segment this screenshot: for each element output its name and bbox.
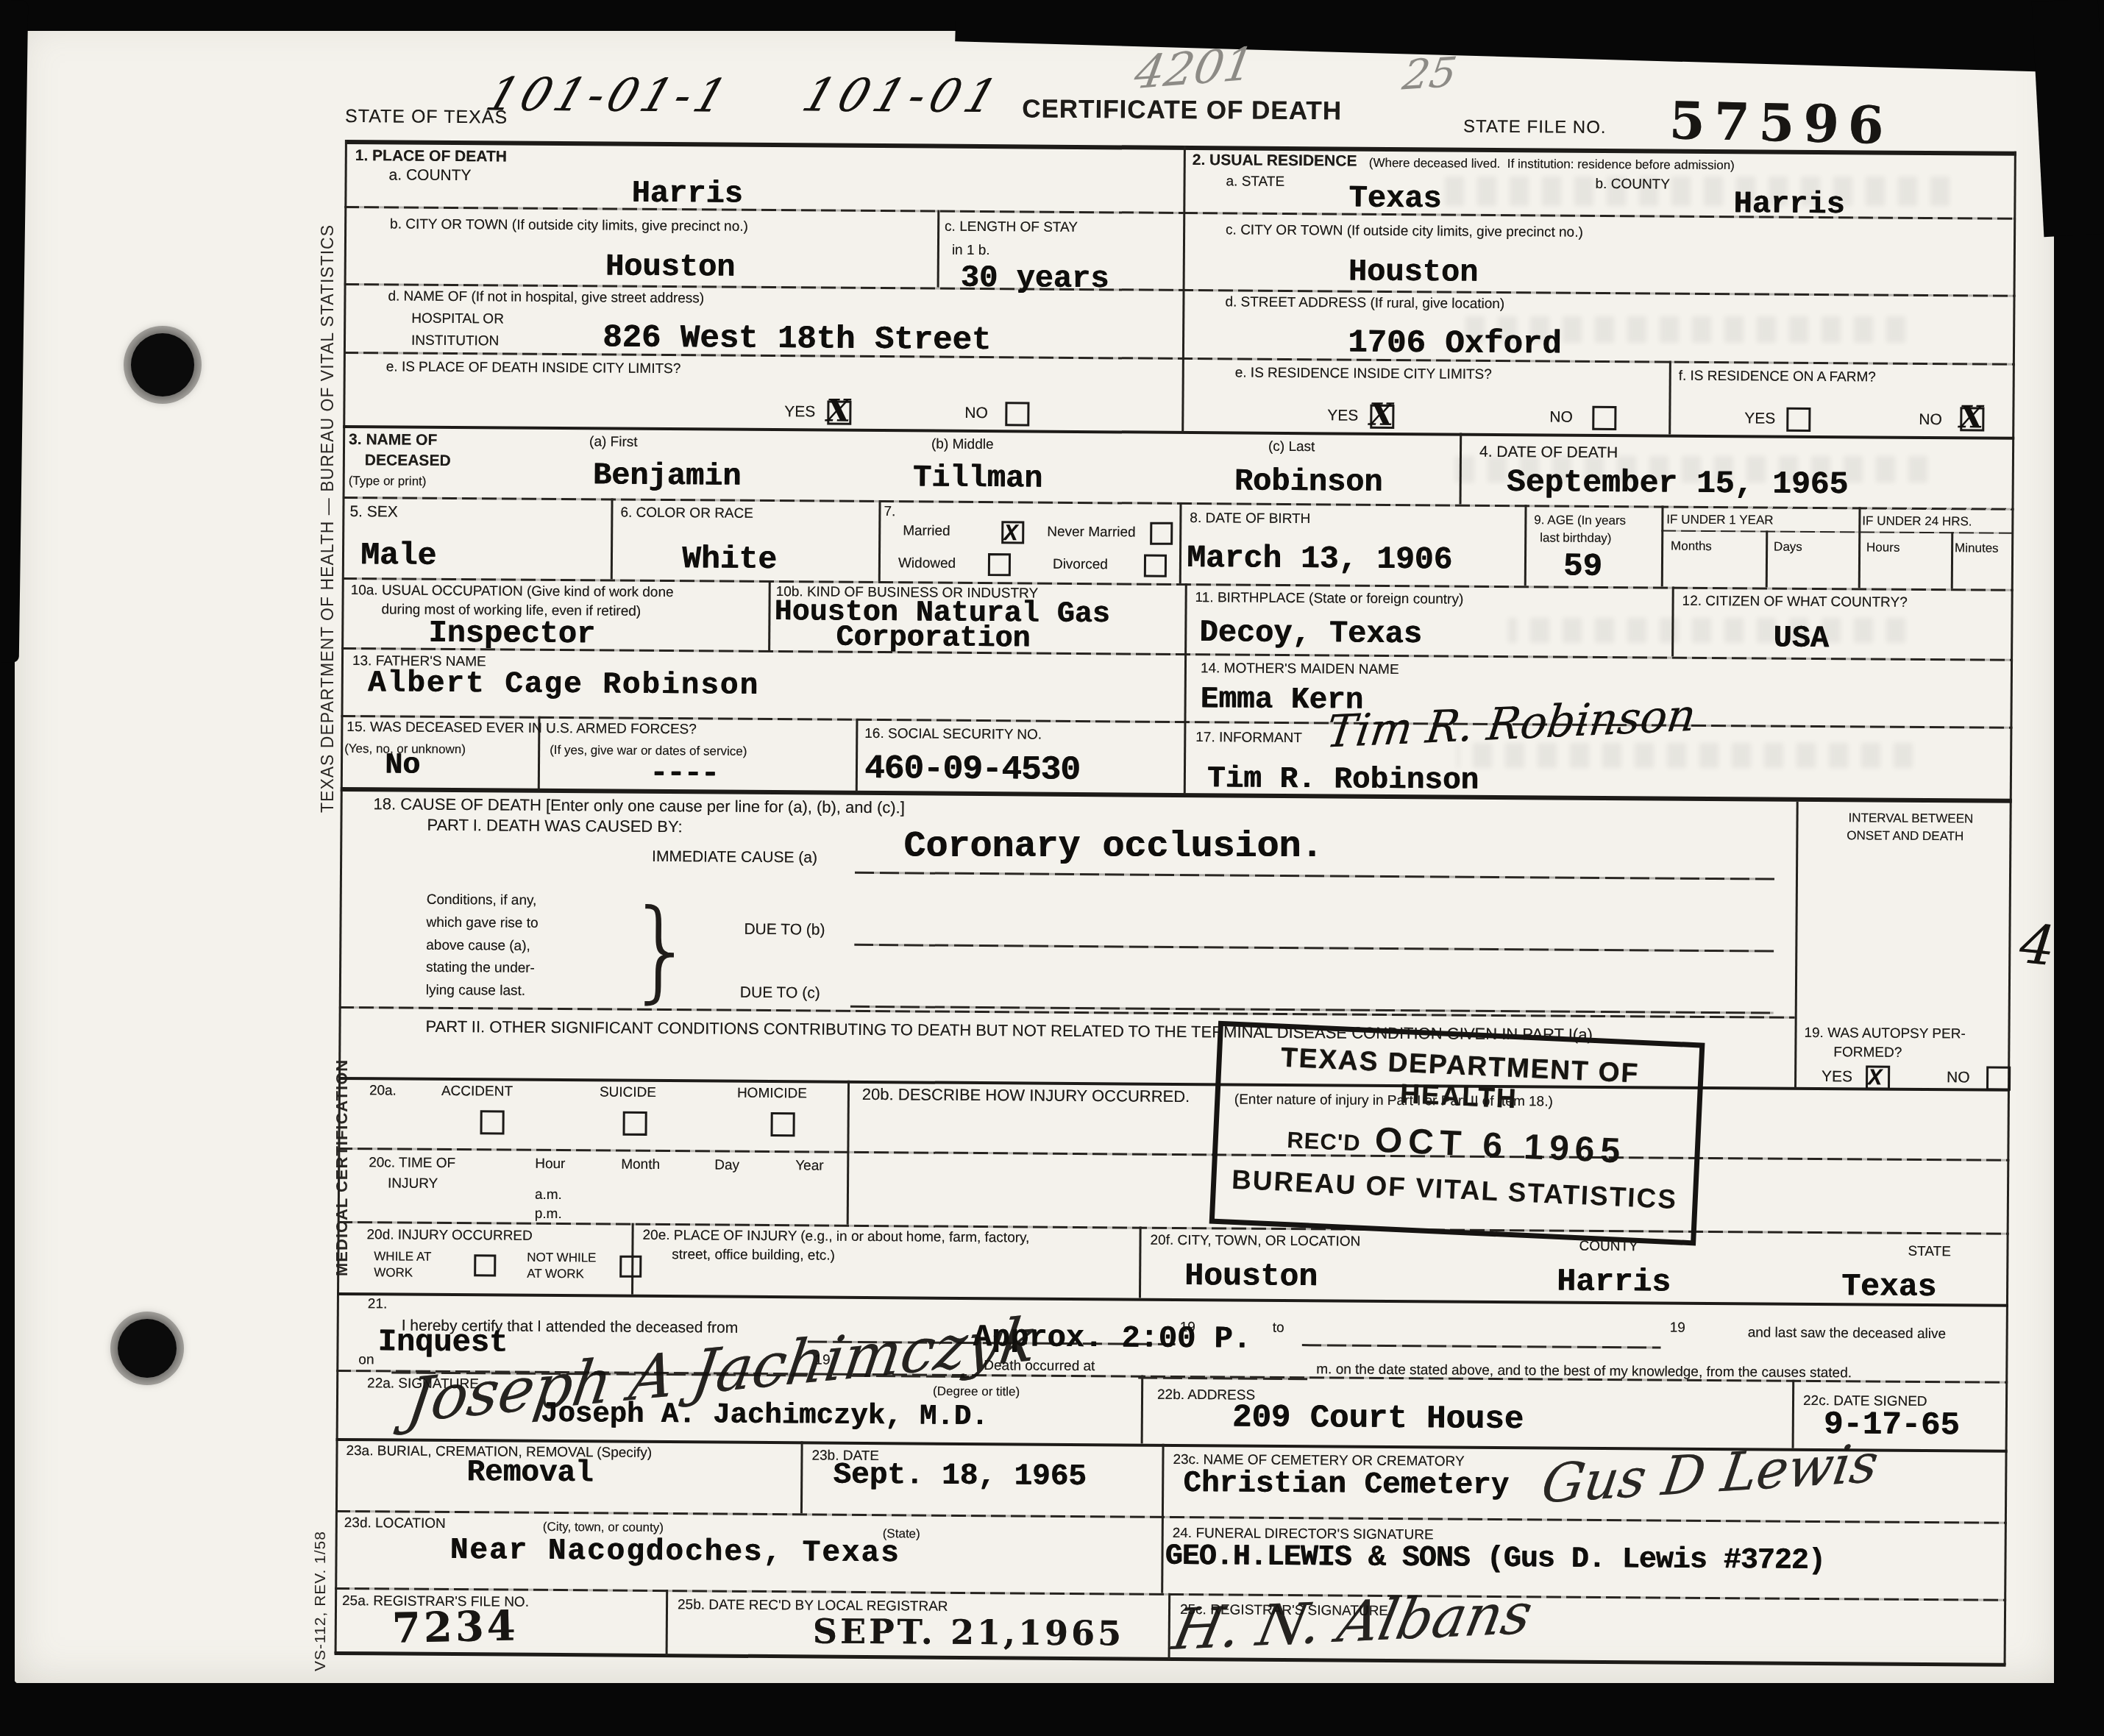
residence-limits-yes-checkbox: X xyxy=(1370,405,1394,429)
middle-name-label: (b) Middle xyxy=(931,437,994,454)
autopsy-label-2: FORMED? xyxy=(1833,1045,1902,1061)
residence-limits-no-checkbox xyxy=(1592,406,1616,430)
handwritten-page-number: 4 xyxy=(2017,912,2058,978)
autopsy-yes-checkbox: X xyxy=(1866,1065,1890,1089)
date-of-birth-value: March 13, 1906 xyxy=(1187,540,1453,578)
citizen-label: 12. CITIZEN OF WHAT COUNTRY? xyxy=(1682,594,1908,611)
attended-from-value: Inquest xyxy=(377,1324,508,1360)
residence-state-value: Texas xyxy=(1348,181,1441,217)
county-value: Harris xyxy=(631,176,743,212)
widowed-checkbox xyxy=(988,553,1011,576)
describe-injury-label: 20b. DESCRIBE HOW INJURY OCCURRED. xyxy=(862,1085,1190,1106)
age-label-1: 9. AGE (In years xyxy=(1534,513,1626,528)
residence-farm-label: f. IS RESIDENCE ON A FARM? xyxy=(1679,369,1876,386)
part1-label: PART I. DEATH WAS CAUSED BY: xyxy=(427,816,682,836)
farm-no-checkbox: X xyxy=(1960,407,1984,431)
stamp-date: OCT 6 1965 xyxy=(1374,1121,1627,1171)
widowed-label: Widowed xyxy=(898,555,956,572)
burial-location-value: Near Nacogdoches, Texas xyxy=(449,1534,900,1570)
never-married-checkbox xyxy=(1150,522,1173,545)
date-of-birth-label: 8. DATE OF BIRTH xyxy=(1190,511,1310,527)
burial-removal-value: Removal xyxy=(466,1456,594,1490)
hospital-label-2: HOSPITAL OR xyxy=(411,311,504,328)
last-name-value: Robinson xyxy=(1234,463,1383,499)
autopsy-no-label: NO xyxy=(1947,1069,1970,1086)
divorced-label: Divorced xyxy=(1053,557,1108,574)
farm-no-label: NO xyxy=(1919,411,1942,429)
month-label: Month xyxy=(621,1157,660,1173)
first-name-label: (a) First xyxy=(589,434,638,450)
armed-forces-dashes: ---- xyxy=(650,755,718,791)
funeral-director-signature-script: Gus D Lewis xyxy=(1538,1431,1883,1515)
months-label: Months xyxy=(1671,539,1712,554)
on-label: on xyxy=(358,1352,374,1368)
hour-label: Hour xyxy=(535,1156,565,1173)
autopsy-no-checkbox xyxy=(1986,1067,2011,1091)
hospital-label-3: INSTITUTION xyxy=(411,333,499,350)
occupation-value: Inspector xyxy=(428,616,595,652)
certificate-form: 4201 25 STATE OF TEXAS 101-01-1 101-01 C… xyxy=(334,29,2019,1676)
immediate-cause-line xyxy=(855,872,1774,881)
length-of-stay-label: c. LENGTH OF STAY xyxy=(945,219,1078,236)
autopsy-yes-label: YES xyxy=(1822,1068,1852,1086)
degree-or-title-label: (Degree or title) xyxy=(933,1384,1020,1400)
time-of-injury-label-1: 20c. TIME OF xyxy=(369,1155,455,1172)
residence-city-value: Houston xyxy=(1348,255,1479,291)
conditions-brace: } xyxy=(626,886,697,1015)
informant-signature-script: Tim R. Robinson xyxy=(1323,689,1699,758)
married-checkbox: X xyxy=(1001,521,1024,544)
stamp-line-2: REC'D OCT 6 1965 xyxy=(1218,1113,1696,1175)
date-of-death-value: September 15, 1965 xyxy=(1507,464,1849,502)
death-certificate-scan: TEXAS DEPARTMENT OF HEALTH — BUREAU OF V… xyxy=(0,0,2104,1736)
residence-county-label: b. COUNTY xyxy=(1595,177,1670,193)
place-of-injury-label-1: 20e. PLACE OF INJURY (e.g., in or about … xyxy=(642,1228,1029,1247)
name-of-deceased-label-2: DECEASED xyxy=(365,452,451,470)
suicide-checkbox xyxy=(623,1111,647,1136)
residence-state-label: a. STATE xyxy=(1226,174,1285,191)
residence-city-label: c. CITY OR TOWN (If outside city limits,… xyxy=(1226,222,1583,241)
usual-residence-title: 2. USUAL RESIDENCE xyxy=(1193,152,1357,171)
certificate-title: CERTIFICATE OF DEATH xyxy=(1022,94,1342,126)
death-limits-yes-checkbox: X xyxy=(827,401,851,425)
injury-city-label: 20f. CITY, TOWN, OR LOCATION xyxy=(1150,1233,1360,1251)
registrar-file-no-value: 7234 xyxy=(391,1601,519,1652)
date-of-death-label: 4. DATE OF DEATH xyxy=(1479,444,1618,462)
stamp-recd: REC'D xyxy=(1287,1127,1362,1156)
age-label-2: last birthday) xyxy=(1540,530,1611,546)
name-of-deceased-label-1: 3. NAME OF xyxy=(349,431,437,449)
stamp-line-1: TEXAS DEPARTMENT OF HEALTH xyxy=(1220,1039,1699,1123)
minutes-label: Minutes xyxy=(1955,541,1999,555)
residence-limits-yes-label: YES xyxy=(1327,407,1358,424)
am-label: a.m. xyxy=(535,1187,562,1203)
state-file-no-value: 57596 xyxy=(1668,90,1893,156)
certify-section-num: 21. xyxy=(368,1296,388,1312)
place-of-death-title: 1. PLACE OF DEATH xyxy=(355,147,507,166)
death-limits-yes-label: YES xyxy=(784,403,815,421)
scan-border-right xyxy=(2054,0,2104,1736)
ssn-label: 16. SOCIAL SECURITY NO. xyxy=(864,726,1042,744)
describe-injury-paren: (Enter nature of injury in Part I or Par… xyxy=(1234,1092,1553,1110)
punch-hole-bottom xyxy=(118,1319,177,1378)
if-under-24-hrs-label: IF UNDER 24 HRS. xyxy=(1862,513,1972,529)
certify-text-2: and last saw the deceased alive xyxy=(1748,1325,1946,1342)
pencil-annotation-left: 4201 xyxy=(1131,37,1258,99)
not-while-at-work-label-2: AT WORK xyxy=(527,1267,584,1282)
hospital-label: d. NAME OF (If not in hospital, give str… xyxy=(388,288,704,307)
if-under-1-year-label: IF UNDER 1 YEAR xyxy=(1666,513,1773,528)
scan-border-bottom xyxy=(0,1683,2104,1736)
street-address-value: 1706 Oxford xyxy=(1348,325,1562,363)
pencil-annotation-right: 25 xyxy=(1399,49,1460,99)
industry-value-2: Corporation xyxy=(836,622,1030,656)
residence-county-value: Harris xyxy=(1733,186,1845,222)
informant-label: 17. INFORMANT xyxy=(1195,730,1302,747)
city-label: b. CITY OR TOWN (If outside city limits,… xyxy=(390,216,748,235)
funeral-director-value: GEO.H.LEWIS & SONS (Gus D. Lewis #3722) xyxy=(1165,1540,1824,1578)
injury-county-label: COUNTY xyxy=(1579,1239,1638,1256)
residence-city-limits-label: e. IS RESIDENCE INSIDE CITY LIMITS? xyxy=(1235,365,1492,383)
informant-typed-value: Tim R. Robinson xyxy=(1207,762,1479,798)
age-value: 59 xyxy=(1563,549,1602,586)
first-name-value: Benjamin xyxy=(593,458,742,494)
sex-value: Male xyxy=(360,537,437,574)
injury-city-value: Houston xyxy=(1184,1258,1318,1295)
farm-yes-label: YES xyxy=(1744,410,1775,427)
name-of-deceased-label-3: (Type or print) xyxy=(349,474,427,489)
residence-limits-no-label: NO xyxy=(1549,408,1573,426)
death-time-line xyxy=(1138,1377,1307,1381)
marital-section-label: 7. xyxy=(884,504,895,520)
color-race-label: 6. COLOR OR RACE xyxy=(620,505,753,522)
color-race-value: White xyxy=(682,541,777,577)
state-file-no-label: STATE FILE NO. xyxy=(1463,117,1607,138)
ssn-value: 460-09-4530 xyxy=(864,750,1080,789)
birthplace-label: 11. BIRTHPLACE (State or foreign country… xyxy=(1195,590,1464,608)
death-limits-no-label: NO xyxy=(964,405,988,422)
handwritten-code-right: 101-01 xyxy=(796,68,1009,123)
usual-residence-paren: (Where deceased lived. If institution: r… xyxy=(1369,156,1735,173)
burial-location-label: 23d. LOCATION xyxy=(344,1515,446,1532)
not-while-at-work-label-1: NOT WHILE xyxy=(527,1251,596,1266)
length-of-stay-value: 30 years xyxy=(960,260,1109,296)
interval-label-2: ONSET AND DEATH xyxy=(1847,828,1963,844)
burial-location-paren-1: (City, town, or county) xyxy=(543,1520,664,1535)
date-recd-value: SEPT. 21,1965 xyxy=(813,1611,1125,1653)
death-limits-no-checkbox xyxy=(1005,402,1029,426)
farm-yes-checkbox xyxy=(1786,408,1810,432)
armed-forces-value: No xyxy=(385,749,420,782)
immediate-cause-value: Coronary occlusion. xyxy=(903,826,1323,868)
mother-name-label: 14. MOTHER'S MAIDEN NAME xyxy=(1201,661,1399,678)
never-married-label: Never Married xyxy=(1047,524,1136,541)
injury-occurred-label: 20d. INJURY OCCURRED xyxy=(366,1227,532,1245)
accident-label: ACCIDENT xyxy=(441,1084,513,1100)
year-label: Year xyxy=(795,1158,824,1174)
sex-label: 5. SEX xyxy=(349,503,398,521)
days-label: Days xyxy=(1774,540,1802,555)
accident-section-num: 20a. xyxy=(369,1083,397,1099)
punch-hole-top xyxy=(131,333,194,396)
injury-state-label: STATE xyxy=(1908,1244,1951,1260)
due-to-c-label: DUE TO (c) xyxy=(740,984,820,1003)
cemetery-value: Christian Cemetery xyxy=(1183,1467,1509,1503)
accident-checkbox xyxy=(480,1110,505,1134)
while-at-work-label-2: WORK xyxy=(374,1265,413,1280)
handwritten-code-left: 101-01-1 xyxy=(480,67,738,122)
left-margin-department-text: TEXAS DEPARTMENT OF HEALTH — BUREAU OF V… xyxy=(318,224,338,813)
while-at-work-checkbox xyxy=(474,1254,496,1276)
suicide-label: SUICIDE xyxy=(600,1084,656,1101)
married-label: Married xyxy=(903,523,950,539)
armed-forces-label: 15. WAS DECEASED EVER IN U.S. ARMED FORC… xyxy=(346,719,697,738)
father-name-value: Albert Cage Robinson xyxy=(368,666,759,703)
autopsy-label-1: 19. WAS AUTOPSY PER- xyxy=(1804,1025,1965,1043)
birthplace-value: Decoy, Texas xyxy=(1199,615,1422,652)
injury-state-value: Texas xyxy=(1841,1268,1936,1305)
hospital-value: 826 West 18th Street xyxy=(603,319,991,359)
length-of-stay-sub: in 1 b. xyxy=(952,243,990,259)
homicide-label: HOMICIDE xyxy=(737,1086,807,1103)
hours-label: Hours xyxy=(1866,540,1899,555)
registrar-signature-script: H. N. Albans xyxy=(1167,1580,1538,1662)
immediate-cause-label: IMMEDIATE CAUSE (a) xyxy=(652,848,817,867)
divorced-checkbox xyxy=(1144,555,1167,577)
injury-county-value: Harris xyxy=(1557,1264,1671,1301)
pm-label: p.m. xyxy=(535,1206,562,1223)
last-name-label: (c) Last xyxy=(1268,439,1315,455)
burial-date-value: Sept. 18, 1965 xyxy=(833,1459,1087,1494)
scan-border-right-top xyxy=(2032,0,2104,237)
received-stamp: TEXAS DEPARTMENT OF HEALTH REC'D OCT 6 1… xyxy=(1209,1021,1705,1246)
homicide-checkbox xyxy=(771,1112,795,1136)
place-of-injury-label-2: street, office building, etc.) xyxy=(672,1247,835,1264)
occupation-label-1: 10a. USUAL OCCUPATION (Give kind of work… xyxy=(351,583,674,601)
attended-to-line xyxy=(1302,1344,1661,1348)
interval-label-1: INTERVAL BETWEEN xyxy=(1848,811,1973,826)
not-while-at-work-checkbox xyxy=(619,1256,641,1278)
due-to-b-label: DUE TO (b) xyxy=(744,921,825,939)
citizen-value: USA xyxy=(1773,621,1829,657)
conditions-note: Conditions, if any, which gave rise to a… xyxy=(426,889,539,1003)
while-at-work-label-1: WHILE AT xyxy=(374,1249,431,1264)
day-label: Day xyxy=(714,1158,739,1174)
county-label: a. COUNTY xyxy=(389,166,472,185)
physician-address-value: 209 Court House xyxy=(1232,1399,1524,1438)
city-value: Houston xyxy=(605,249,736,285)
street-address-label: d. STREET ADDRESS (If rural, give locati… xyxy=(1225,294,1504,313)
middle-name-value: Tillman xyxy=(913,460,1043,496)
due-to-b-line xyxy=(854,944,1774,953)
left-margin-form-code: VS-112, REV. 1/58 xyxy=(312,1531,330,1671)
time-of-injury-label-2: INJURY xyxy=(388,1175,438,1192)
year-19-second: 19 xyxy=(1670,1320,1685,1337)
physician-typed-name: Joseph A. Jachimczyk, M.D. xyxy=(541,1398,989,1433)
death-city-limits-label: e. IS PLACE OF DEATH INSIDE CITY LIMITS? xyxy=(386,359,681,377)
to-label: to xyxy=(1273,1320,1284,1337)
cause-of-death-label: 18. CAUSE OF DEATH [Enter only one cause… xyxy=(374,794,905,817)
